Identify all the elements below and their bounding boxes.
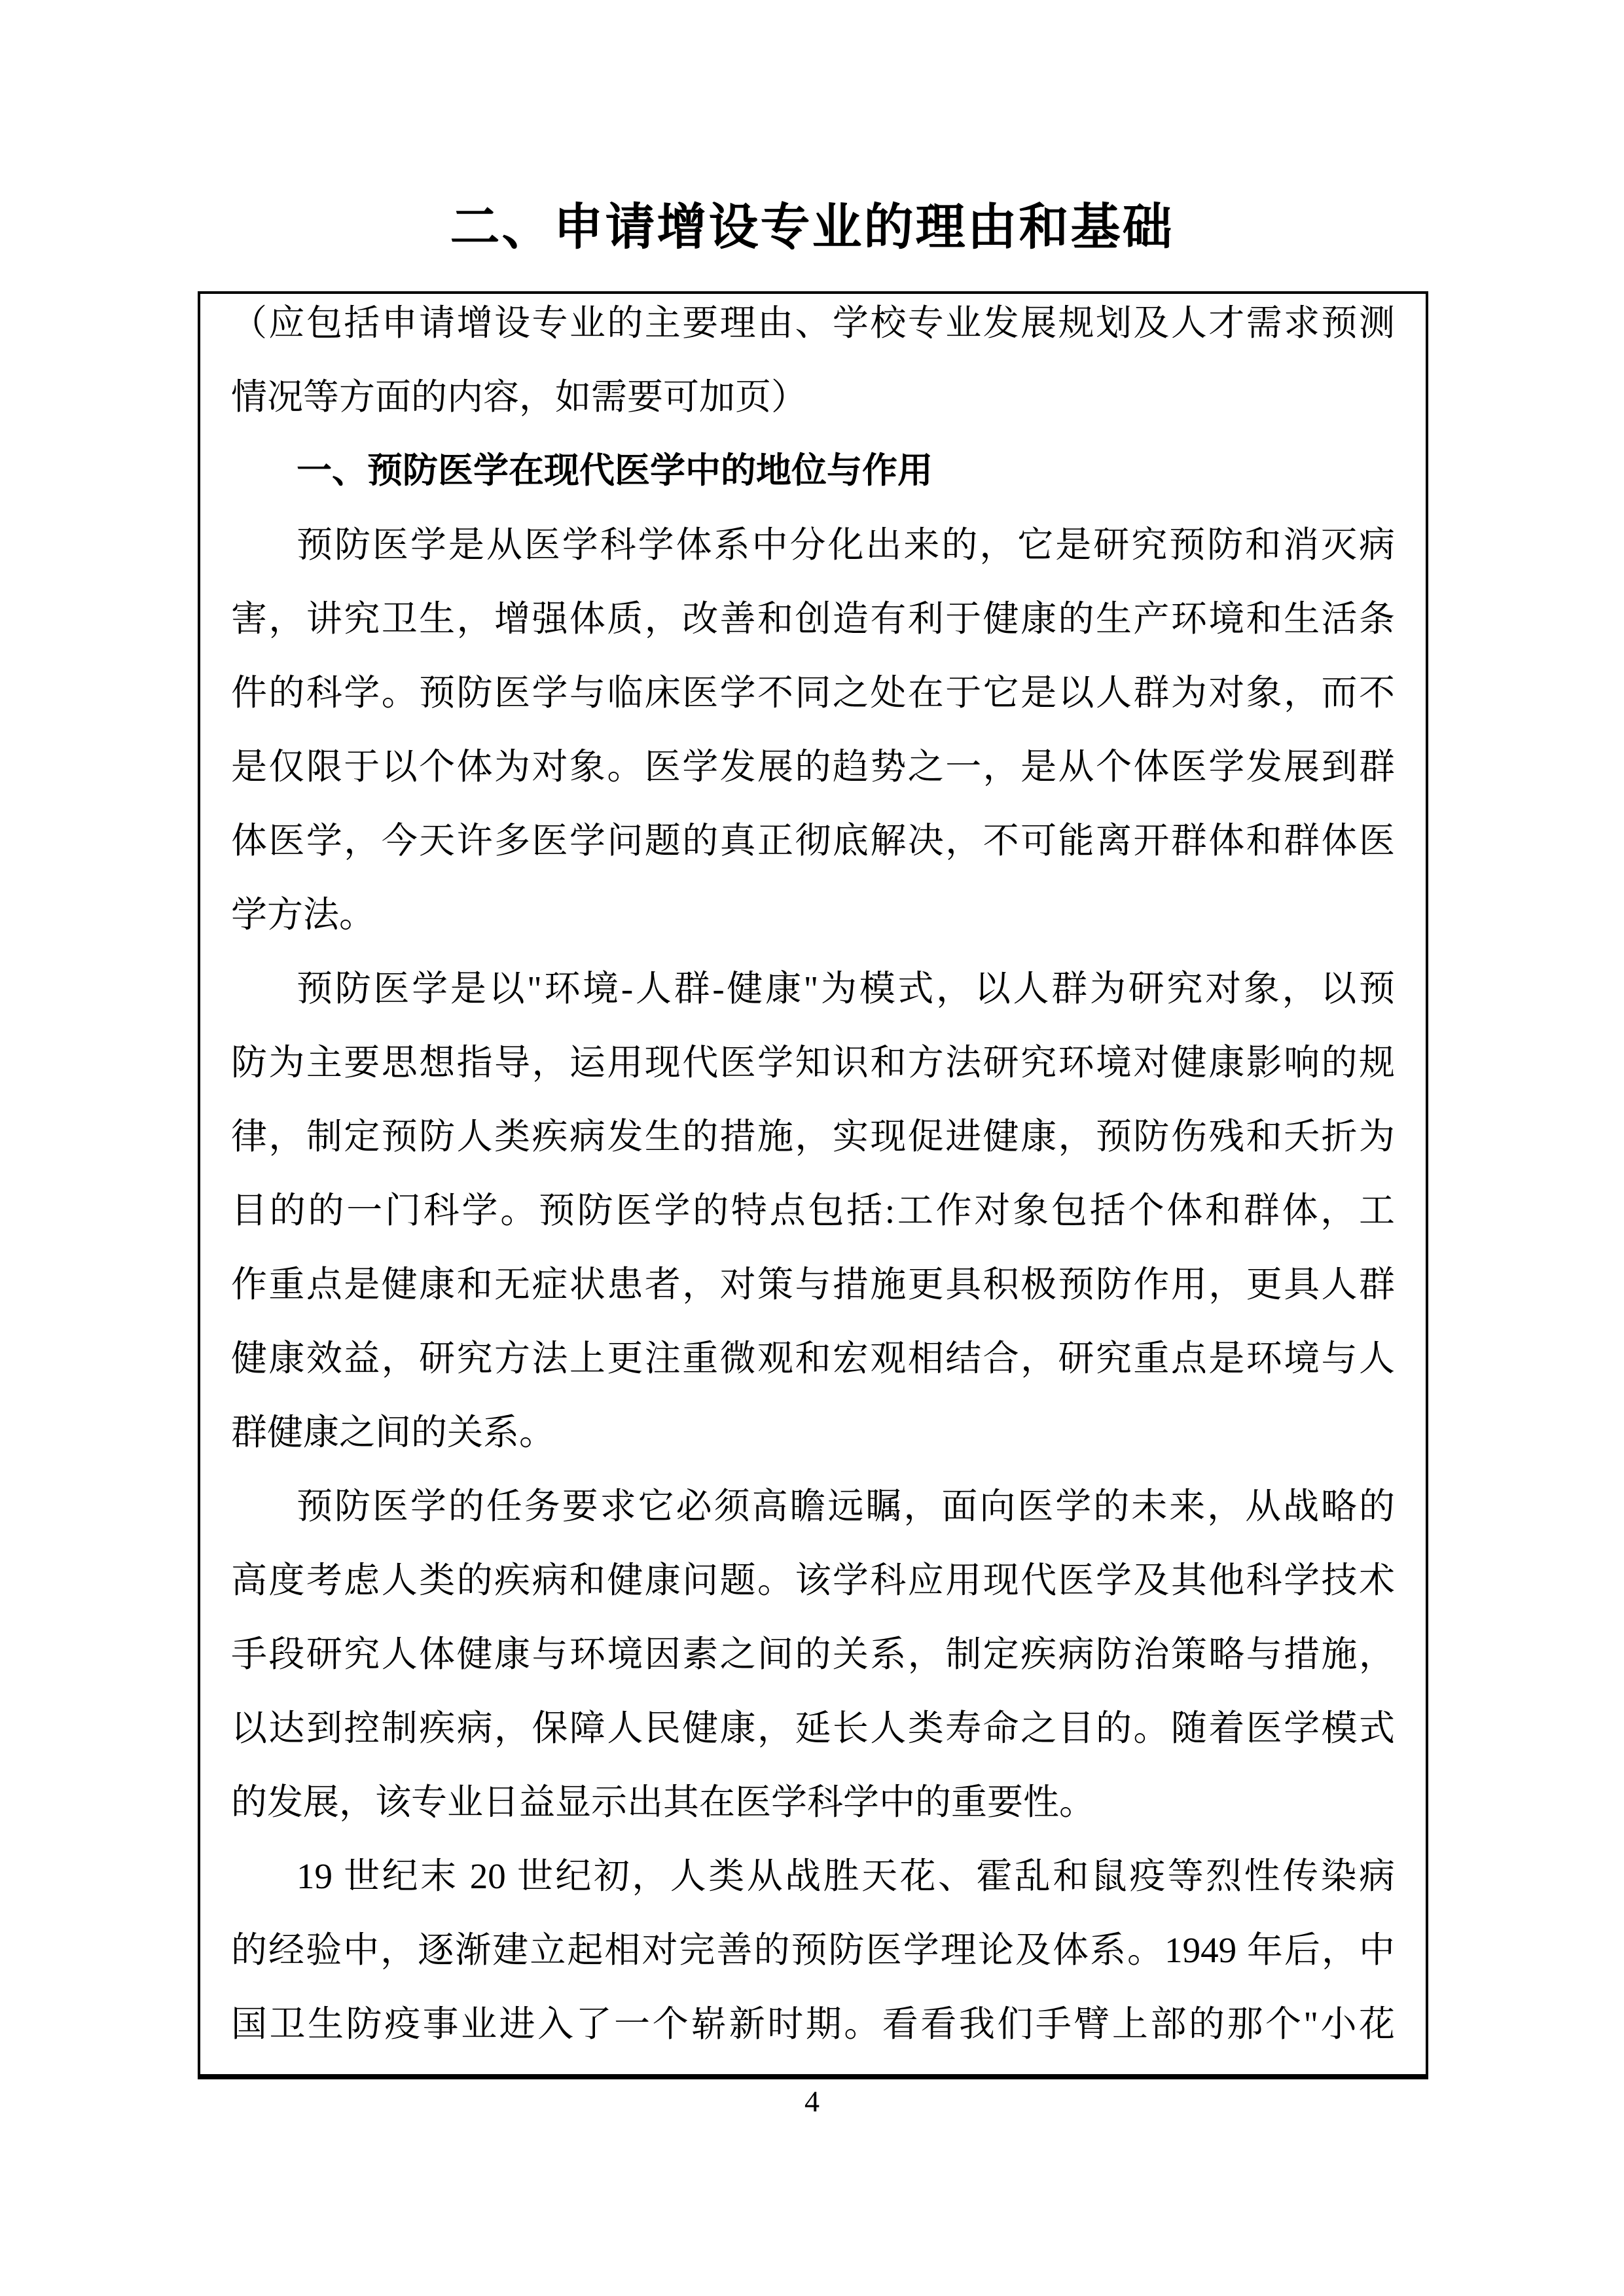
text-line: （应包括申请增设专业的主要理由、学校专业发展规划及人才需求预测 (231, 291, 1395, 360)
text-line: 是仅限于以个体为对象。医学发展的趋势之一，是从个体医学发展到群 (231, 730, 1395, 804)
text-line: 作重点是健康和无症状患者，对策与措施更具积极预防作用，更具人群 (231, 1247, 1395, 1321)
text-line: 目的的一门科学。预防医学的特点包括:工作对象包括个体和群体，工 (231, 1174, 1395, 1247)
text-line: 19 世纪末 20 世纪初，人类从战胜天花、霍乱和鼠疫等烈性传染病 (231, 1839, 1395, 1913)
content-box: （应包括申请增设专业的主要理由、学校专业发展规划及人才需求预测情况等方面的内容，… (198, 291, 1428, 2079)
text-line: 学方法。 (231, 878, 1395, 952)
page-number: 4 (0, 2085, 1624, 2118)
text-line: 以达到控制疾病，保障人民健康，延长人类寿命之目的。随着医学模式 (231, 1691, 1395, 1765)
text-line: 预防医学是以"环境-人群-健康"为模式，以人群为研究对象，以预 (231, 952, 1395, 1026)
text-line: 国卫生防疫事业进入了一个崭新时期。看看我们手臂上部的那个"小花 (231, 1987, 1395, 2061)
text-line: 防为主要思想指导，运用现代医学知识和方法研究环境对健康影响的规 (231, 1026, 1395, 1100)
text-line: 预防医学的任务要求它必须高瞻远瞩，面向医学的未来，从战略的 (231, 1469, 1395, 1543)
body-text: （应包括申请增设专业的主要理由、学校专业发展规划及人才需求预测情况等方面的内容，… (231, 291, 1395, 2061)
text-line: 律，制定预防人类疾病发生的措施，实现促进健康，预防伤残和夭折为 (231, 1100, 1395, 1174)
page-title: 二、申请增设专业的理由和基础 (0, 195, 1624, 260)
text-line: 预防医学是从医学科学体系中分化出来的，它是研究预防和消灭病 (231, 508, 1395, 582)
subsection-heading: 一、预防医学在现代医学中的地位与作用 (231, 434, 1395, 508)
text-line: 体医学，今天许多医学问题的真正彻底解决，不可能离开群体和群体医 (231, 804, 1395, 878)
text-line: 害，讲究卫生，增强体质，改善和创造有利于健康的生产环境和生活条 (231, 582, 1395, 656)
text-line: 健康效益，研究方法上更注重微观和宏观相结合，研究重点是环境与人 (231, 1321, 1395, 1395)
text-line: 的经验中，逐渐建立起相对完善的预防医学理论及体系。1949 年后，中 (231, 1913, 1395, 1987)
text-line: 高度考虑人类的疾病和健康问题。该学科应用现代医学及其他科学技术 (231, 1543, 1395, 1617)
text-line: 件的科学。预防医学与临床医学不同之处在于它是以人群为对象，而不 (231, 656, 1395, 730)
text-line: 手段研究人体健康与环境因素之间的关系，制定疾病防治策略与措施， (231, 1617, 1395, 1691)
text-line: 的发展，该专业日益显示出其在医学科学中的重要性。 (231, 1765, 1395, 1839)
text-line: 情况等方面的内容，如需要可加页） (231, 360, 1395, 434)
text-line: 群健康之间的关系。 (231, 1395, 1395, 1469)
